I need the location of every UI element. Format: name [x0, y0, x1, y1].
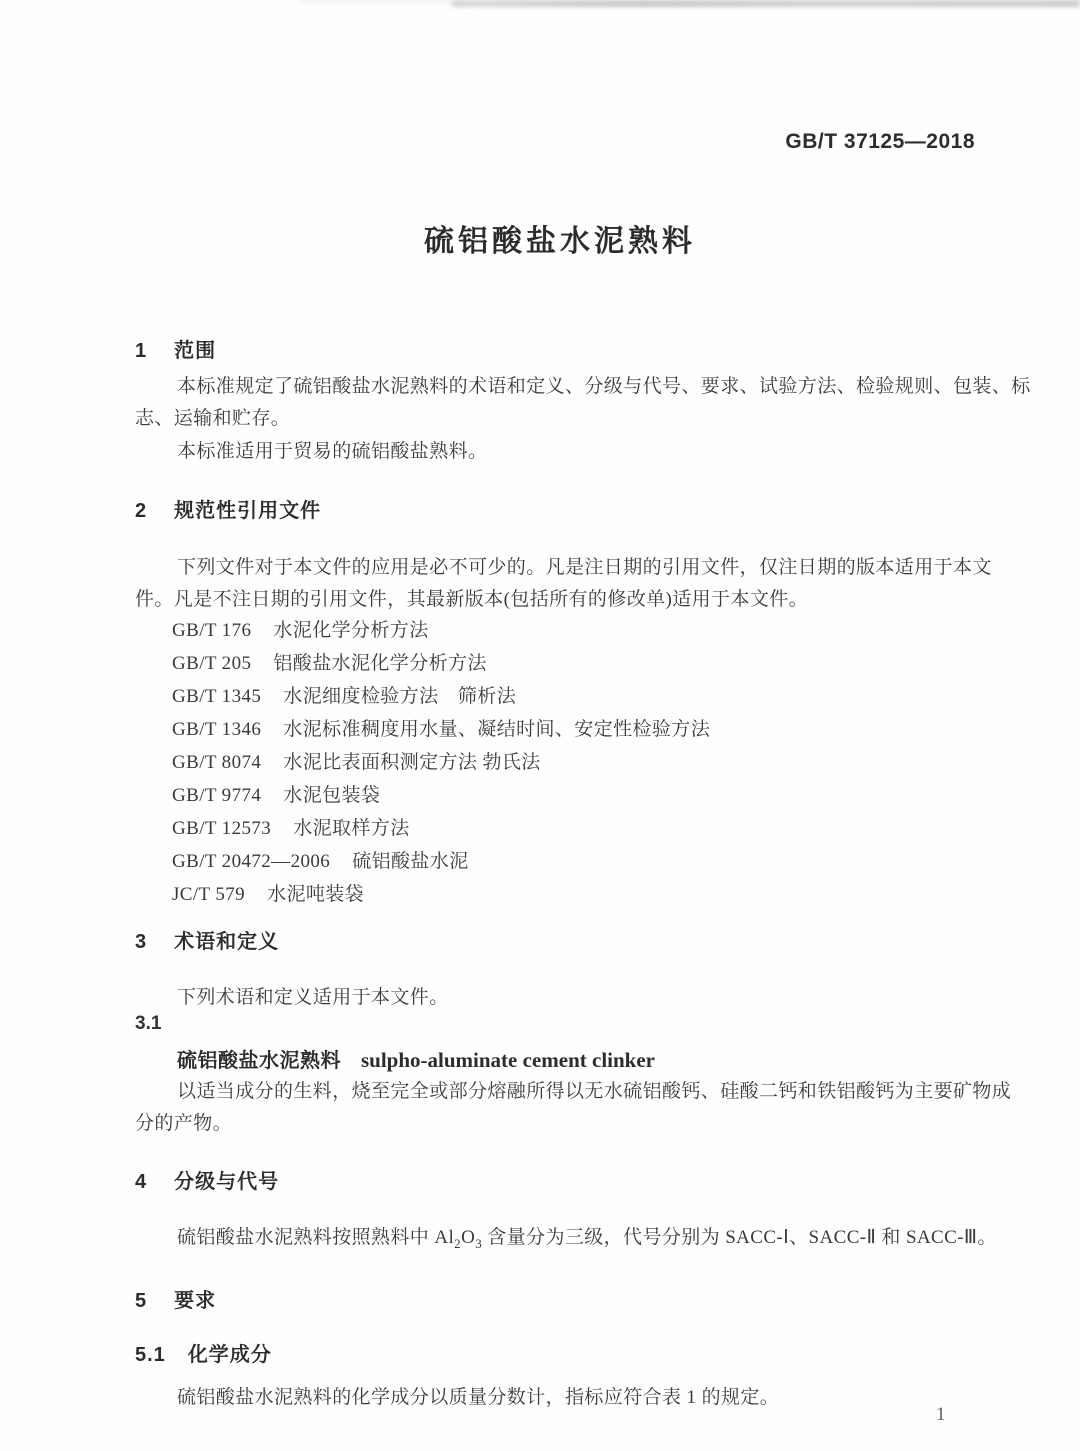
reference-item: GB/T 20472—2006硫铝酸盐水泥 [172, 848, 710, 881]
reference-title: 水泥比表面积测定方法 勃氏法 [283, 752, 540, 773]
term-english: sulpho-aluminate cement clinker [361, 1048, 655, 1072]
section-2-number: 2 [135, 500, 147, 523]
reference-item: JC/T 579水泥吨装袋 [172, 881, 710, 914]
section-2-paragraph-line-1: 下列文件对于本文件的应用是必不可少的。凡是注日期的引用文件，仅注日期的版本适用于… [177, 552, 992, 579]
clause-5-1-heading: 5.1化学成分 [135, 1338, 272, 1367]
reference-code: GB/T 12573 [172, 818, 271, 839]
section-2-paragraph-line-2: 件。凡是不注日期的引用文件，其最新版本(包括所有的修改单)适用于本文件。 [135, 584, 808, 611]
section-1-label: 范围 [174, 340, 216, 362]
section-3-number: 3 [135, 931, 147, 954]
page-number: 1 [936, 1404, 946, 1426]
reference-code: GB/T 8074 [172, 752, 261, 773]
reference-code: GB/T 1345 [172, 686, 261, 707]
reference-title: 水泥细度检验方法 筛析法 [283, 686, 516, 707]
section-2-heading: 2规范性引用文件 [135, 494, 321, 523]
section-4-heading: 4分级与代号 [135, 1165, 279, 1194]
term-definition-heading: 硫铝酸盐水泥熟料sulpho-aluminate cement clinker [177, 1044, 655, 1073]
formula-oxygen: O [461, 1227, 475, 1248]
reference-code: GB/T 9774 [172, 785, 261, 806]
reference-code: GB/T 205 [172, 653, 251, 674]
reference-title: 水泥标准稠度用水量、凝结时间、安定性检验方法 [283, 719, 710, 740]
clause-5-1-number: 5.1 [135, 1344, 166, 1367]
section-3-intro: 下列术语和定义适用于本文件。 [177, 982, 449, 1009]
term-chinese: 硫铝酸盐水泥熟料 [177, 1050, 341, 1072]
reference-item: GB/T 8074水泥比表面积测定方法 勃氏法 [172, 749, 710, 782]
reference-item: GB/T 205铝酸盐水泥化学分析方法 [172, 650, 710, 683]
reference-item: GB/T 1346水泥标准稠度用水量、凝结时间、安定性检验方法 [172, 716, 710, 749]
reference-title: 水泥包装袋 [283, 785, 380, 806]
reference-item: GB/T 9774水泥包装袋 [172, 782, 710, 815]
document-title: 硫铝酸盐水泥熟料 [135, 216, 985, 260]
section-5-heading: 5要求 [135, 1284, 216, 1313]
document-page: GB/T 37125—2018 硫铝酸盐水泥熟料 1范围 本标准规定了硫铝酸盐水… [0, 0, 1080, 1451]
reference-title: 水泥化学分析方法 [273, 620, 428, 641]
scan-edge-artifact-2 [300, 0, 470, 4]
definition-line-2: 分的产物。 [135, 1108, 232, 1135]
clause-3-1-number: 3.1 [135, 1013, 161, 1035]
reference-item: GB/T 176水泥化学分析方法 [172, 617, 710, 650]
section-4-paragraph: 硫铝酸盐水泥熟料按照熟料中 Al2O3 含量分为三级，代号分别为 SACC-Ⅰ、… [177, 1222, 997, 1249]
section-1-paragraph-line-1: 本标准规定了硫铝酸盐水泥熟料的术语和定义、分级与代号、要求、试验方法、检验规则、… [177, 371, 1031, 398]
reference-code: GB/T 176 [172, 620, 251, 641]
reference-title: 水泥吨装袋 [267, 884, 364, 905]
clause-5-1-label: 化学成分 [188, 1344, 272, 1366]
standard-code: GB/T 37125—2018 [785, 130, 975, 154]
clause-5-1-paragraph: 硫铝酸盐水泥熟料的化学成分以质量分数计，指标应符合表 1 的规定。 [177, 1382, 779, 1409]
section-1-number: 1 [135, 340, 147, 363]
section-5-label: 要求 [174, 1290, 216, 1312]
reference-title: 铝酸盐水泥化学分析方法 [273, 653, 486, 674]
section-3-label: 术语和定义 [174, 931, 279, 953]
reference-code: GB/T 20472—2006 [172, 851, 330, 872]
reference-title: 水泥取样方法 [293, 818, 409, 839]
reference-code: GB/T 1346 [172, 719, 261, 740]
section-3-heading: 3术语和定义 [135, 925, 279, 954]
reference-code: JC/T 579 [172, 884, 245, 905]
definition-line-1: 以适当成分的生料，烧至完全或部分熔融所得以无水硫铝酸钙、硅酸二钙和铁铝酸钙为主要… [177, 1076, 1011, 1103]
section-4-number: 4 [135, 1171, 147, 1194]
section-4-label: 分级与代号 [174, 1171, 279, 1193]
normative-references-list: GB/T 176水泥化学分析方法 GB/T 205铝酸盐水泥化学分析方法 GB/… [172, 617, 710, 914]
section-2-label: 规范性引用文件 [174, 500, 321, 522]
section-1-heading: 1范围 [135, 334, 216, 363]
section-4-text-before: 硫铝酸盐水泥熟料按照熟料中 Al [177, 1227, 454, 1248]
section-1-paragraph-line-3: 本标准适用于贸易的硫铝酸盐熟料。 [177, 436, 487, 463]
reference-title: 硫铝酸盐水泥 [352, 851, 468, 872]
reference-item: GB/T 12573水泥取样方法 [172, 815, 710, 848]
reference-item: GB/T 1345水泥细度检验方法 筛析法 [172, 683, 710, 716]
scan-edge-artifact [452, 0, 1080, 7]
section-4-text-after: 含量分为三级，代号分别为 SACC-Ⅰ、SACC-Ⅱ 和 SACC-Ⅲ。 [482, 1227, 997, 1248]
section-1-paragraph-line-2: 志、运输和贮存。 [135, 403, 290, 430]
section-5-number: 5 [135, 1290, 147, 1313]
